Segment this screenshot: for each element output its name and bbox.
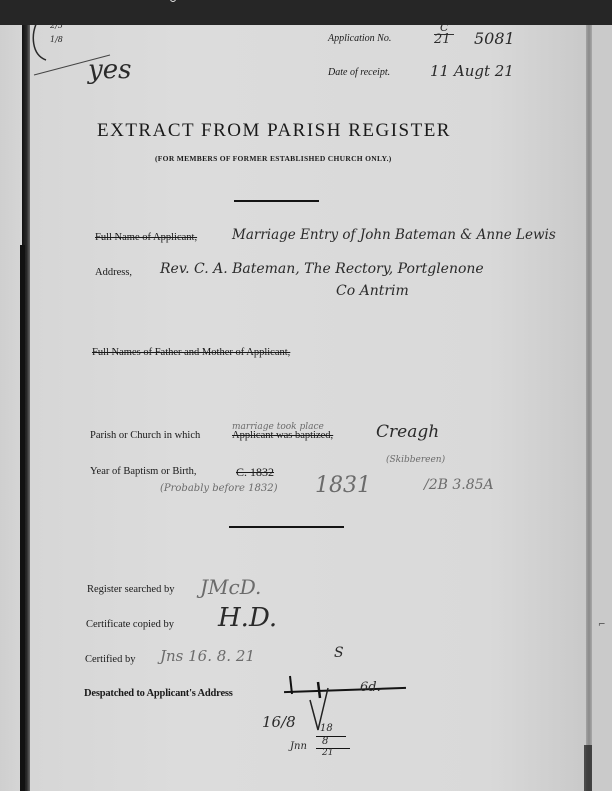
despatched-date-day: 18 [320,723,333,734]
year-value: 1831 [315,473,371,498]
corner-fraction-top: 2/5 [50,25,63,30]
loading-indicator-icon [170,0,176,2]
title-divider [234,200,319,202]
address-line1: Rev. C. A. Bateman, The Rectory, Portgle… [160,261,484,277]
despatched-fee: 6d. [360,680,381,695]
left-binding-edge-lower [20,245,25,791]
document-subtitle: (FOR MEMBERS OF FORMER ESTABLISHED CHURC… [155,154,392,163]
application-no-value: 5081 [474,29,515,48]
despatched-note: 16/8 [262,713,296,731]
parents-label: Full Names of Father and Mother of Appli… [92,347,290,358]
certified-by-label: Certified by [85,654,135,665]
despatched-label: Despatched to Applicant's Address [84,688,233,699]
parish-note: (Skibbereen) [386,455,445,465]
applicant-label: Full Name of Applicant, [95,232,197,243]
parish-label: Parish or Church in which [90,430,200,441]
despatched-date-month: 8 [322,736,328,747]
despatched-date-bar-1 [316,736,346,737]
copied-by-value: H.D. [218,603,277,633]
parish-value: Creagh [376,422,439,442]
date-of-receipt-label: Date of receipt. [328,67,390,78]
despatched-date-year: 21 [322,748,333,758]
searched-by-value: JMcD. [200,575,261,599]
despatched-initials: Jnn [290,741,307,752]
certified-by-mark: S [334,645,344,661]
despatched-ticks-icon [280,670,410,745]
application-no-prefix-bottom: 21 [434,32,451,47]
year-note: (Probably before 1832) [160,483,278,494]
searched-by-label: Register searched by [87,584,174,595]
section-divider [229,526,344,528]
address-label: Address, [95,267,132,278]
application-no-label: Application No. [328,33,391,44]
certified-by-value: Jns 16. 8. 21 [160,647,255,665]
viewer-top-bar [0,0,612,25]
parish-label-struck: Applicant was baptized, [232,430,333,441]
year-label: Year of Baptism or Birth, [90,466,197,477]
document-title: EXTRACT FROM PARISH REGISTER [97,120,451,142]
scanned-document: 2/5 1/8 yes Application No. C 21 5081 Da… [0,25,612,791]
applicant-value: Marriage Entry of John Bateman & Anne Le… [232,227,556,243]
adjacent-page-edge [592,25,612,791]
corner-fraction-bottom: 1/8 [50,35,63,44]
year-struck: C. 1832 [236,465,274,480]
copied-by-label: Certificate copied by [86,619,174,630]
margin-mark: ⌐ [598,620,606,630]
date-of-receipt-value: 11 Augt 21 [430,62,514,80]
address-line2: Co Antrim [336,283,409,299]
register-reference: /2B 3.85A [424,477,494,493]
right-page-edge-shadow [584,745,592,791]
yes-annotation: yes [88,55,131,85]
